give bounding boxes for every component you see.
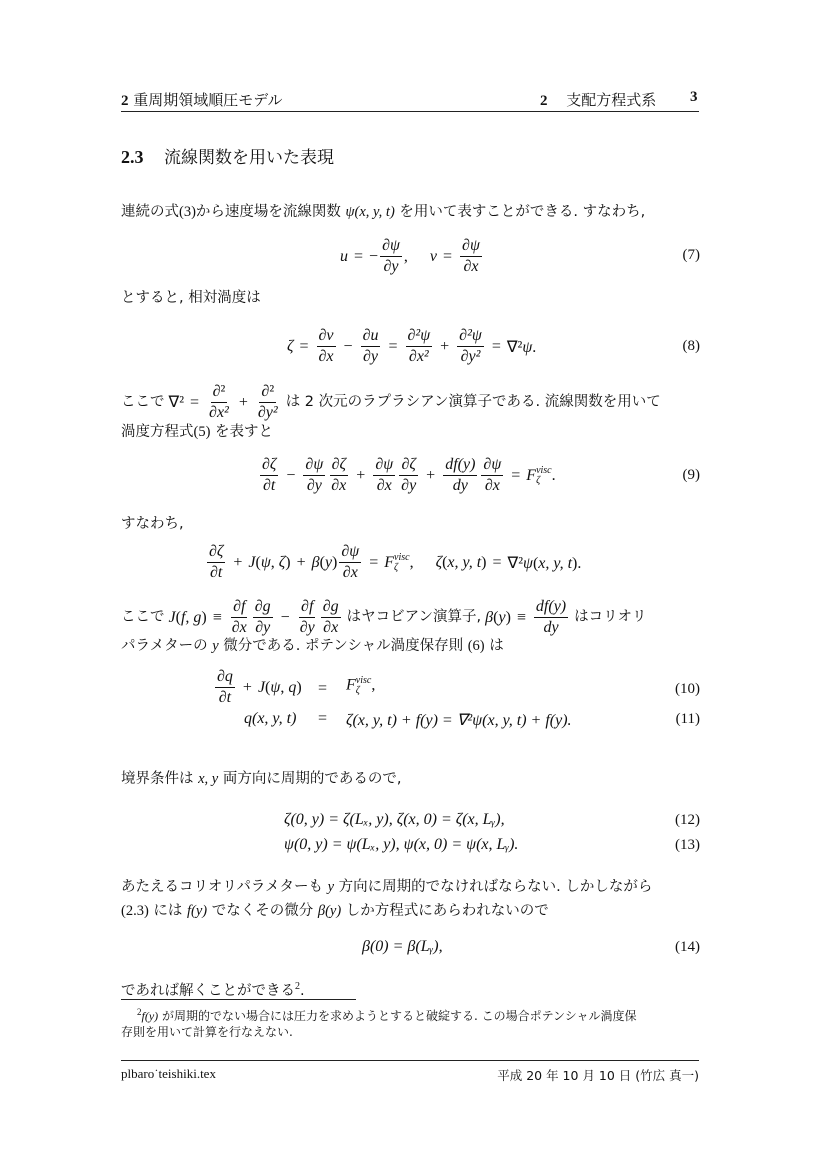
section-number: 2.3 — [121, 147, 144, 167]
paragraph-namely: すなわち, — [121, 513, 701, 536]
equation-vorticity-jacobian: ∂ζ∂t+ J(ψ, ζ)+ β(y)∂ψ∂x= Fviscζ, ζ(x, y,… — [205, 543, 581, 582]
section-heading: 2.3 流線関数を用いた表現 — [121, 143, 334, 168]
equation-13: ψ(0, y) = ψ(Lₓ, y), ψ(x, 0) = ψ(x, Lᵧ). — [284, 836, 518, 854]
equation-14: β(0) = β(Lᵧ), — [362, 938, 443, 956]
header-rule — [121, 111, 699, 112]
section-title: 流線関数を用いた表現 — [164, 148, 334, 168]
running-header-left: 2 重周期領域順圧モデル — [121, 89, 283, 110]
equation-number-11: (11) — [676, 711, 700, 728]
paragraph-boundary: 境界条件は x, y 両方向に周期的であるので, — [121, 768, 701, 791]
equation-12: ζ(0, y) = ζ(Lₓ, y), ζ(x, 0) = ζ(x, Lᵧ), — [284, 811, 505, 829]
header-section-number: 2 — [540, 93, 548, 109]
footnote: 2f(y) が周期的でない場合には圧力を求めようとすると破綻する. この場合ポテ… — [121, 1003, 701, 1025]
header-section-title: 支配方程式系 — [566, 91, 656, 109]
footnote-rule — [121, 999, 356, 1000]
footer-rule — [121, 1060, 699, 1061]
equation-10-eq: = — [318, 680, 327, 698]
equation-9: ∂ζ∂t− ∂ψ∂y∂ζ∂x+ ∂ψ∂x∂ζ∂y+ df(y)dy∂ψ∂x= F… — [258, 456, 556, 495]
equation-number-14: (14) — [675, 939, 700, 956]
equation-number-7: (7) — [683, 247, 701, 264]
paragraph-relative-vorticity: とすると, 相対渦度は — [121, 287, 701, 310]
equation-11-lhs: q(x, y, t) — [244, 710, 296, 728]
equation-number-9: (9) — [683, 467, 701, 484]
equation-number-12: (12) — [675, 812, 700, 829]
equation-number-13: (13) — [675, 837, 700, 854]
equation-8: ζ= ∂v∂x− ∂u∂y= ∂²ψ∂x²+ ∂²ψ∂y²= ∇²ψ. — [287, 327, 536, 366]
equation-11-eq: = — [318, 710, 327, 728]
equation-number-8: (8) — [683, 338, 701, 355]
paragraph-jacobian-cont: パラメターの y 微分である. ポテンシャル渦度保存則 (6) は — [121, 635, 701, 658]
running-header-right: 2 支配方程式系 — [540, 89, 656, 110]
paragraph-jacobian: ここで J(f, g)≡∂f∂x∂g∂y−∂f∂y∂g∂x はヤコビアン演算子,… — [121, 598, 701, 637]
paragraph-coriolis-cont: (2.3) には f(y) でなくその微分 β(y) しか方程式にあらわれないの… — [121, 900, 701, 923]
page-number: 3 — [690, 89, 698, 106]
header-chapter-title: 重周期領域順圧モデル — [133, 91, 282, 109]
equation-10-rhs: Fviscζ, — [346, 676, 375, 696]
equation-7: u=−∂ψ∂y, v=∂ψ∂x — [340, 237, 484, 276]
paragraph-continuity: 連続の式(3)から速度場を流線関数 ψ(x, y, t) を用いて表すことができ… — [121, 201, 701, 224]
paragraph-coriolis: あたえるコリオリパラメターも y 方向に周期的でなければならない. しかしながら — [121, 876, 701, 899]
footnote-line2: 存則を用いて計算を行なえない. — [121, 1023, 701, 1041]
paragraph-laplacian-cont: 渦度方程式(5) を表すと — [121, 421, 701, 444]
equation-10: ∂q∂t+ J(ψ, q) — [213, 668, 302, 707]
equation-number-10: (10) — [675, 681, 700, 698]
header-chapter-number: 2 — [121, 93, 129, 109]
equation-11-rhs: ζ(x, y, t) + f(y) = ∇²ψ(x, y, t) + f(y). — [346, 710, 572, 730]
paragraph-laplacian: ここで ∇²=∂²∂x²+∂²∂y² は 2 次元のラプラシアン演算子である. … — [121, 383, 701, 422]
footer-filename: plbaro˙teishiki.tex — [121, 1066, 216, 1082]
footer-date-author: 平成 20 年 10 月 10 日 (竹広 真一) — [497, 1066, 699, 1084]
